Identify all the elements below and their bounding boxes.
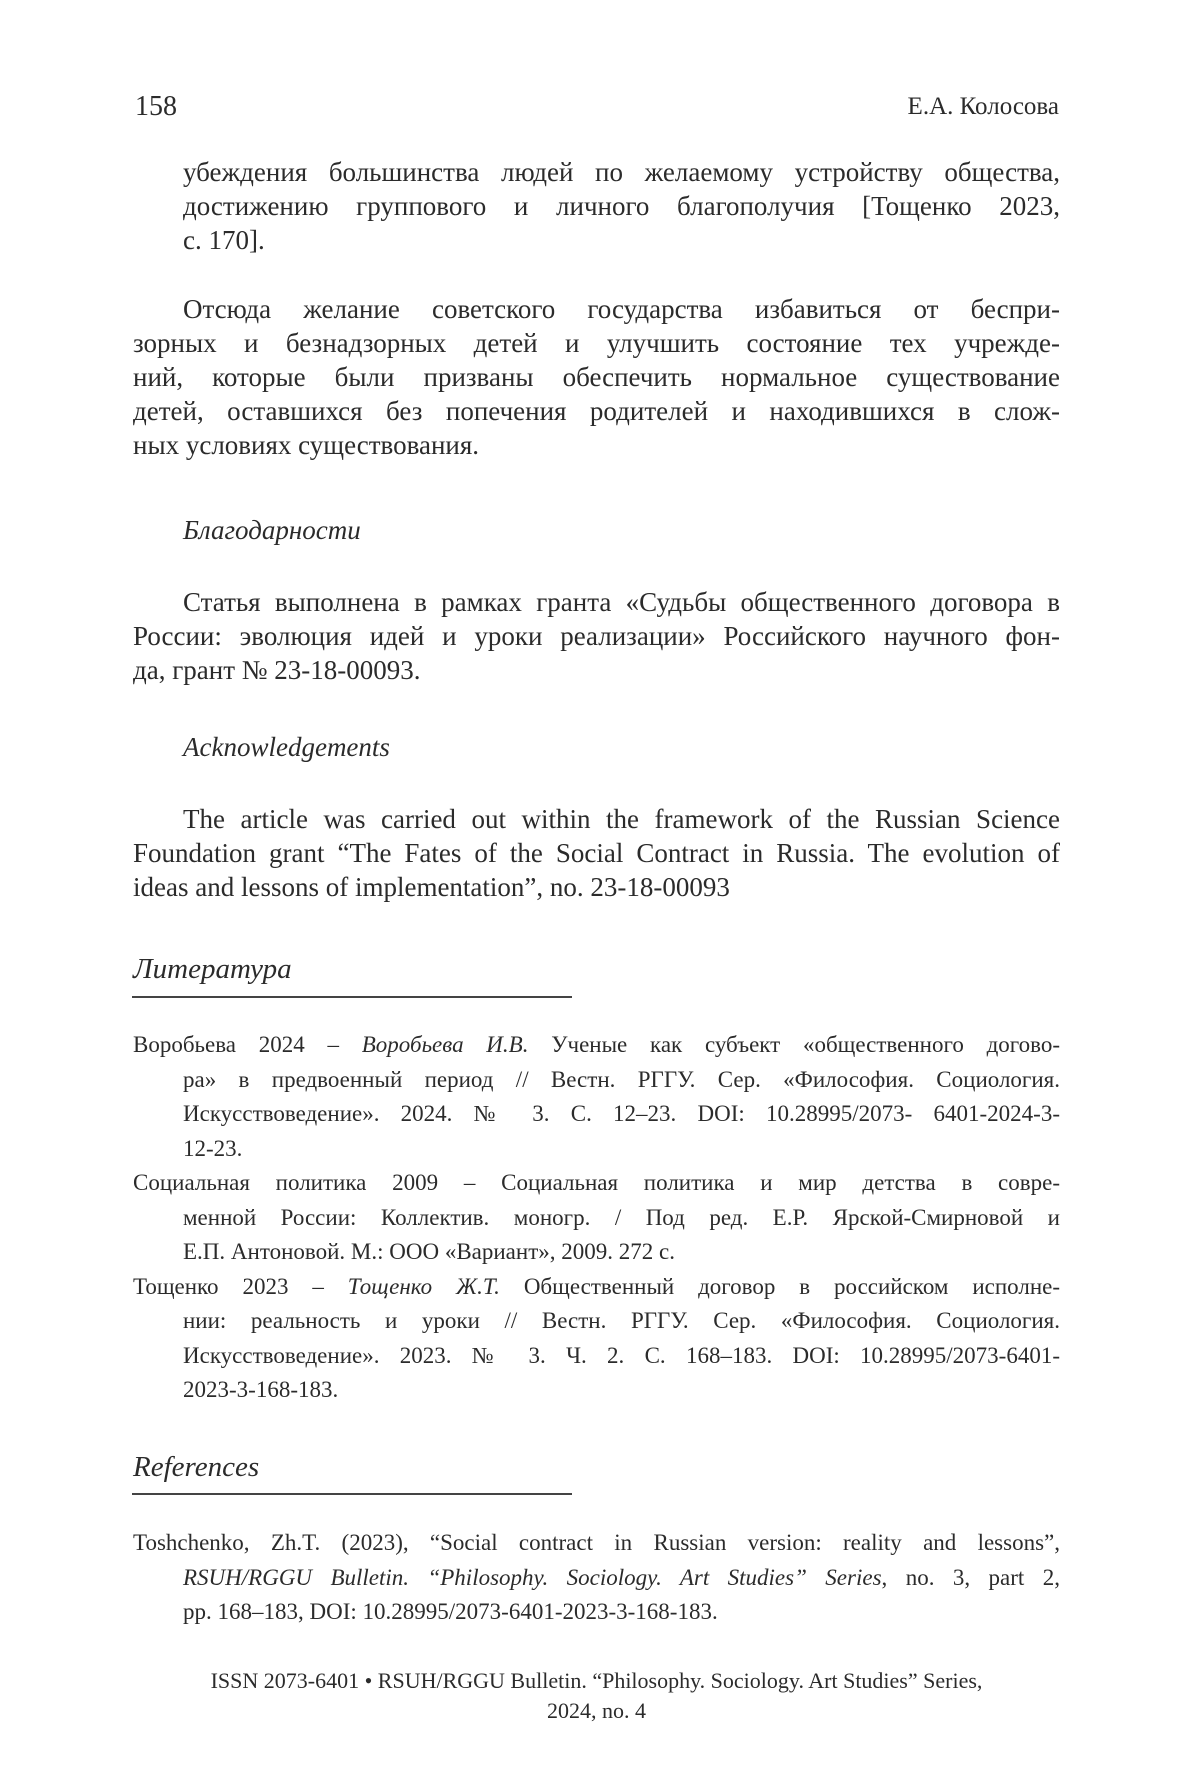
journal-page: 158 Е.А. Колосова убеждения большинства … (0, 0, 1200, 1780)
entry-line: Искусствоведение». 2023. № 3. Ч. 2. С. 1… (183, 1339, 1060, 1373)
references-heading: References (133, 1451, 259, 1484)
quote-line: достижению группового и личного благопол… (183, 189, 1060, 223)
quote-line: с. 170]. (183, 223, 1060, 257)
entry-line: нии: реальность и уроки // Вестн. РГГУ. … (183, 1304, 1060, 1338)
entry-line: Toshchenko, Zh.T. (2023), “Social contra… (133, 1526, 1060, 1560)
acknowledgement-line: Foundation grant “The Fates of the Socia… (133, 836, 1060, 870)
paragraph-line: Отсюда желание советского государства из… (133, 292, 1060, 326)
entry-line: pp. 168–183, DOI: 10.28995/2073-6401-202… (183, 1595, 1060, 1629)
section-rule (132, 1493, 572, 1495)
italic-text: RSUH/RGGU Bulletin. “Philosophy. Sociolo… (183, 1565, 882, 1590)
acknowledgements-en-heading: Acknowledgements (183, 732, 390, 763)
acknowledgement-line: Статья выполнена в рамках гранта «Судьбы… (133, 585, 1060, 619)
acknowledgement-line: The article was carried out within the f… (133, 802, 1060, 836)
acknowledgement-line: да, грант № 23-18-00093. (133, 653, 1060, 687)
entry-line: Социальная политика 2009 – Социальная по… (133, 1166, 1060, 1200)
quote-line: убеждения большинства людей по желаемому… (183, 155, 1060, 189)
running-head-author: Е.А. Колосова (908, 93, 1059, 121)
entry-line: Воробьева 2024 – Воробьева И.В. Ученые к… (133, 1028, 1060, 1062)
literature-heading: Литература (133, 953, 292, 986)
entry-line: менной России: Коллектив. моногр. / Под … (183, 1201, 1060, 1235)
entry-line: ра» в предвоенный период // Вестн. РГГУ.… (183, 1063, 1060, 1097)
paragraph-line: ний, которые были призваны обеспечить но… (133, 360, 1060, 394)
paragraph-line: зорных и безнадзорных детей и улучшить с… (133, 326, 1060, 360)
page-number: 158 (135, 91, 177, 123)
entry-line: RSUH/RGGU Bulletin. “Philosophy. Sociolo… (183, 1561, 1060, 1595)
entry-line: 2023-3-168-183. (183, 1373, 1060, 1407)
acknowledgement-line: России: эволюция идей и уроки реализации… (133, 619, 1060, 653)
footer-line-1: ISSN 2073-6401 • RSUH/RGGU Bulletin. “Ph… (133, 1668, 1060, 1694)
entry-line: Искусствоведение». 2024. № 3. С. 12–23. … (183, 1097, 1060, 1131)
entry-line: Е.П. Антоновой. М.: ООО «Вариант», 2009.… (183, 1235, 1060, 1269)
section-rule (132, 996, 572, 998)
footer-line-2: 2024, no. 4 (133, 1698, 1060, 1724)
italic-text: Тощенко Ж.Т. (348, 1274, 500, 1299)
paragraph-line: детей, оставшихся без попечения родителе… (133, 394, 1060, 428)
acknowledgement-line: ideas and lessons of implementation”, no… (133, 870, 1060, 904)
entry-line: 12-23. (183, 1132, 1060, 1166)
acknowledgements-ru-heading: Благодарности (183, 515, 361, 546)
paragraph-line: ных условиях существования. (133, 428, 1060, 462)
italic-text: Воробьева И.В. (362, 1032, 529, 1057)
entry-line: Тощенко 2023 – Тощенко Ж.Т. Общественный… (133, 1270, 1060, 1304)
